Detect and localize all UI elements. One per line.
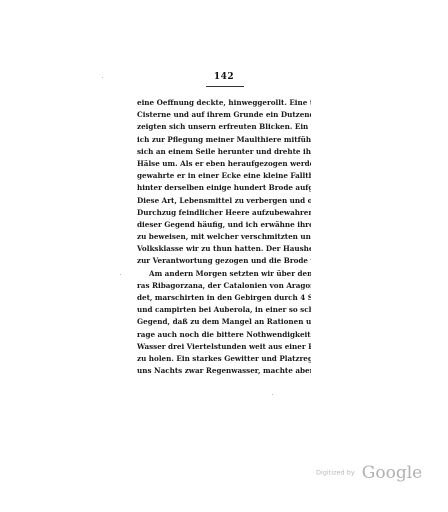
text-line: zu holen. Ein starkes Gewitter und Platz…: [137, 353, 311, 365]
text-line: det, marschirten in den Gebirgen durch 4…: [137, 292, 311, 304]
text-line: Diese Art, Lebensmittel zu verbergen und…: [137, 195, 311, 207]
page-number: 142: [0, 72, 448, 82]
google-logo-text: Google: [362, 463, 422, 483]
page-number-rule: [206, 86, 244, 87]
text-line: ich zur Pflegung meiner Maulthiere mitfü…: [137, 134, 311, 146]
scan-speck: [120, 274, 121, 275]
text-line: Wasser drei Viertelstunden weit aus eine…: [137, 341, 311, 353]
scan-speck: [102, 77, 103, 78]
body-text: eine Oeffnung deckte, hinweggerollt. Ein…: [137, 97, 311, 377]
text-line: gewahrte er in einer Ecke eine kleine Fa…: [137, 170, 311, 182]
text-line: dieser Gegend häufig, und ich erwähne ih…: [137, 219, 311, 231]
text-line: Volksklasse wir zu thun hatten. Der Haus…: [137, 243, 311, 255]
text-line: rage auch noch die bittere Nothwendigkei…: [137, 329, 311, 341]
text-line: zur Verantwortung gezogen und die Brode …: [137, 255, 311, 267]
watermark-prefix: Digitized by: [316, 469, 355, 477]
text-line: eine Oeffnung deckte, hinweggerollt. Ein…: [137, 97, 311, 109]
text-line: zu beweisen, mit welcher verschmitzten u…: [137, 231, 311, 243]
text-line: Durchzug feindlicher Heere aufzubewahren…: [137, 207, 311, 219]
text-line: zeigten sich unsern erfreuten Blicken. E…: [137, 121, 311, 133]
digitized-by-google-watermark: Digitized by Google: [316, 462, 422, 483]
text-line: Gegend, daß zu dem Mangel an Rationen un…: [137, 316, 311, 328]
text-line: sich an einem Seile herunter und drehte …: [137, 146, 311, 158]
paragraph-start-line: Am andern Morgen setzten wir über den No…: [137, 268, 311, 280]
text-line: uns Nachts zwar Regenwasser, machte aber…: [137, 365, 311, 377]
text-line: und campirten bei Auberola, in einer so …: [137, 304, 311, 316]
text-line: ras Ribagorzana, der Catalonien von Arag…: [137, 280, 311, 292]
text-line: Cisterne und auf ihrem Grunde ein Dutzen…: [137, 109, 311, 121]
scan-speck: [272, 394, 273, 395]
text-line: hinter derselben einige hundert Brode au…: [137, 182, 311, 194]
text-line: Hälse um. Als er eben heraufgezogen werd…: [137, 158, 311, 170]
